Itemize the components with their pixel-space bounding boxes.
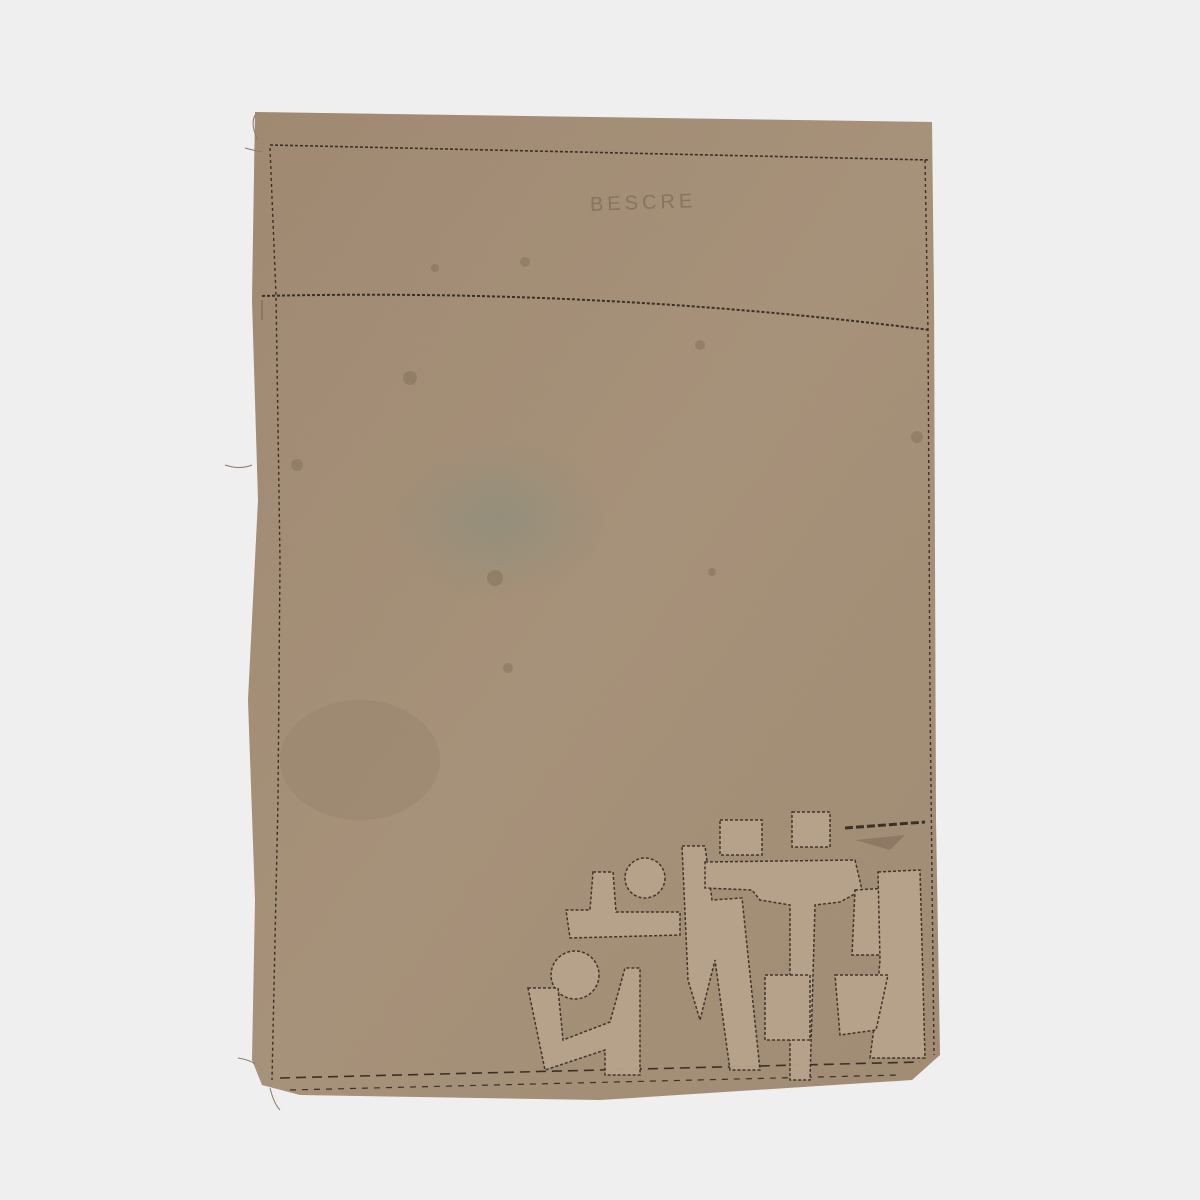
textile-illustration [0,0,1200,1200]
handwritten-inscription: BESCRE [590,190,697,217]
textile-photograph [0,0,1200,1200]
cloth-body [248,112,940,1100]
